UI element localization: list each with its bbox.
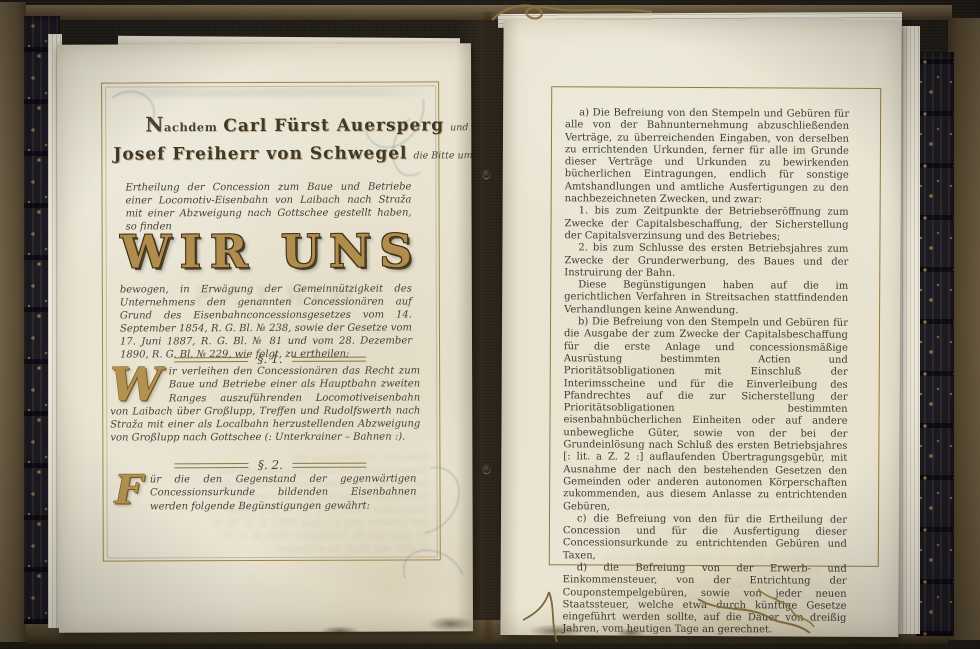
open-book-photo: WIR UNS bewogen, in Erwägung der Gemeinn… [0, 0, 980, 649]
clause-paragraph-2: 2. bis zum Schlusse des ersten Betriebsj… [564, 243, 848, 281]
section-rule [292, 462, 366, 467]
clause-paragraph-1: 1. bis zum Zeitpunkte der Betriebseröffn… [564, 206, 848, 244]
right-page: a) Die Befreiung von den Stempeln und Ge… [500, 19, 901, 637]
drop-cap-initial-w: W [110, 365, 169, 399]
opening-word: Nachdem [145, 112, 217, 136]
section-rule [292, 356, 366, 361]
book-cover-edge-left [0, 2, 26, 642]
headline-row-2: Josef Freiherr von Schwegel die Bitte um [113, 143, 472, 164]
connector-word: und [450, 122, 468, 133]
gold-thread-bottom-right [690, 585, 820, 645]
clause-paragraph-a: a) Die Befreiung von den Stempeln und Ge… [565, 107, 850, 207]
section-rule [175, 463, 249, 468]
concessionaire-name-2: Josef Freiherr von Schwegel [113, 144, 407, 165]
clause-paragraph-c: c) die Befreiung von den für die Ertheil… [563, 513, 847, 564]
section-2-mark: §. 2. [162, 458, 378, 473]
clause-paragraph-b: b) Die Befreiung von den Stempeln und Ge… [563, 316, 848, 514]
headline-row-1: Nachdem Carl Fürst Auersperg und [145, 111, 468, 136]
manuscript-text-block: a) Die Befreiung von den Stempeln und Ge… [562, 107, 849, 637]
section-2-label: §. 2. [258, 458, 283, 472]
binding-hole [483, 464, 490, 473]
section-2-text: ür die den Gegenstand der gegenwärtigen … [150, 473, 417, 512]
clause-paragraph-note: Diese Begünstigungen haben auf die im ge… [564, 279, 848, 317]
concessionaire-name-1: Carl Fürst Auersperg [223, 115, 444, 136]
preamble-paragraph: bewogen, in Erwägung der Gemeinnützigkei… [120, 282, 412, 361]
left-page: WIR UNS bewogen, in Erwägung der Gemeinn… [57, 43, 473, 632]
section-2-paragraph: Für die den Gegenstand der gegenwärtigen… [114, 472, 416, 513]
drop-cap-initial-f: F [114, 473, 150, 503]
section-rule [175, 357, 249, 362]
endpaper-damask-right [916, 52, 954, 636]
section-1-label: §. 1. [258, 352, 283, 366]
binding-hole [483, 169, 490, 178]
gold-thread-bottom-center [505, 590, 595, 646]
section-1-paragraph: Wir verleihen den Concessionären das Rec… [110, 364, 420, 445]
gold-thread-top [488, 0, 658, 26]
display-title: WIR UNS [102, 224, 440, 278]
opening-tail: die Bitte um [413, 150, 472, 161]
